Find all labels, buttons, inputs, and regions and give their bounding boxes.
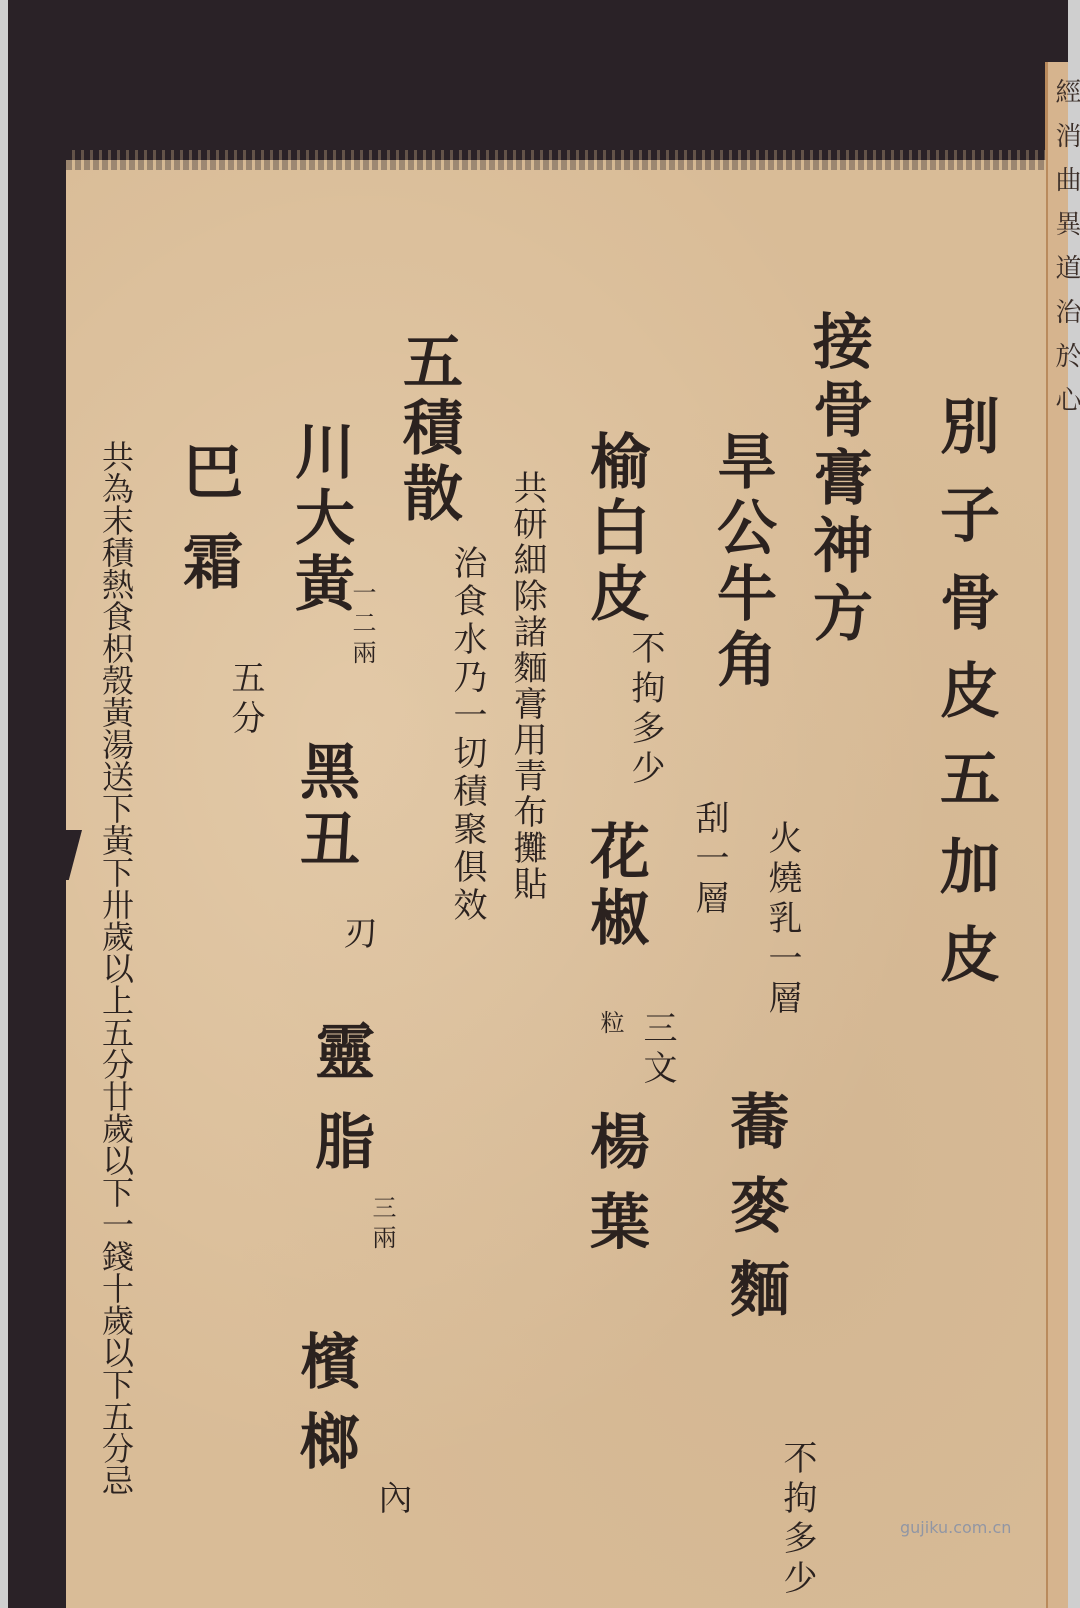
ingredient-note: 粒 (598, 1010, 622, 1040)
ingredient-note: 內 (375, 1480, 409, 1520)
ingredient-note: 三文 (640, 1010, 674, 1090)
ingredient-note: 刃 (340, 915, 374, 955)
ingredient-ox-horn: 旱公牛角 (712, 430, 772, 694)
ingredient-areca: 檳榔 (295, 1330, 355, 1490)
recipe-title-wuji: 五積散 (398, 330, 458, 528)
manuscript-page (66, 160, 1046, 1608)
ingredient-pepper: 花椒 (585, 820, 645, 952)
column-heading-continuation: 別子骨皮五加皮 (935, 395, 995, 1011)
ingredient-note: 三兩 (370, 1195, 394, 1255)
ingredient-note: 刮一層 (692, 800, 726, 920)
recipe-title-jiegu: 接骨膏神方 (808, 310, 868, 650)
ingredient-note: 不拘多少 (780, 1440, 814, 1600)
ingredient-note: 火燒乳一層 (765, 820, 799, 1020)
ingredient-note: 一二兩 (350, 580, 374, 670)
preparation-instructions: 共研細除諸麵膏用青布攤貼 (510, 470, 544, 902)
torn-page-edge (66, 150, 1046, 170)
indication-text: 治食水乃一切積聚俱效 (450, 545, 484, 925)
ingredient-buckwheat: 蕎麥麵 (725, 1090, 785, 1342)
ingredient-willow-leaf: 楊葉 (585, 1110, 645, 1270)
adjacent-page-text: 經消曲異道治於心 (1048, 78, 1080, 430)
ingredient-croton-frost: 巴霜 (178, 440, 238, 620)
dosage-notes: 共為末積熱食枳殼黃湯送下黃下卅歲以上五分廿歲以下一錢十歲以下五分忌 (100, 440, 132, 1496)
ingredient-black-morning-glory: 黑丑 (295, 740, 355, 876)
ingredient-rhubarb: 川大黃 (290, 420, 350, 618)
site-watermark: gujiku.com.cn (900, 1518, 1011, 1537)
ingredient-note: 不拘多少 (628, 630, 662, 790)
ingredient-elm-bark: 榆白皮 (585, 430, 645, 628)
ingredient-note: 五分 (228, 660, 262, 740)
ingredient-trogopterus-dung: 靈脂 (310, 1020, 370, 1200)
